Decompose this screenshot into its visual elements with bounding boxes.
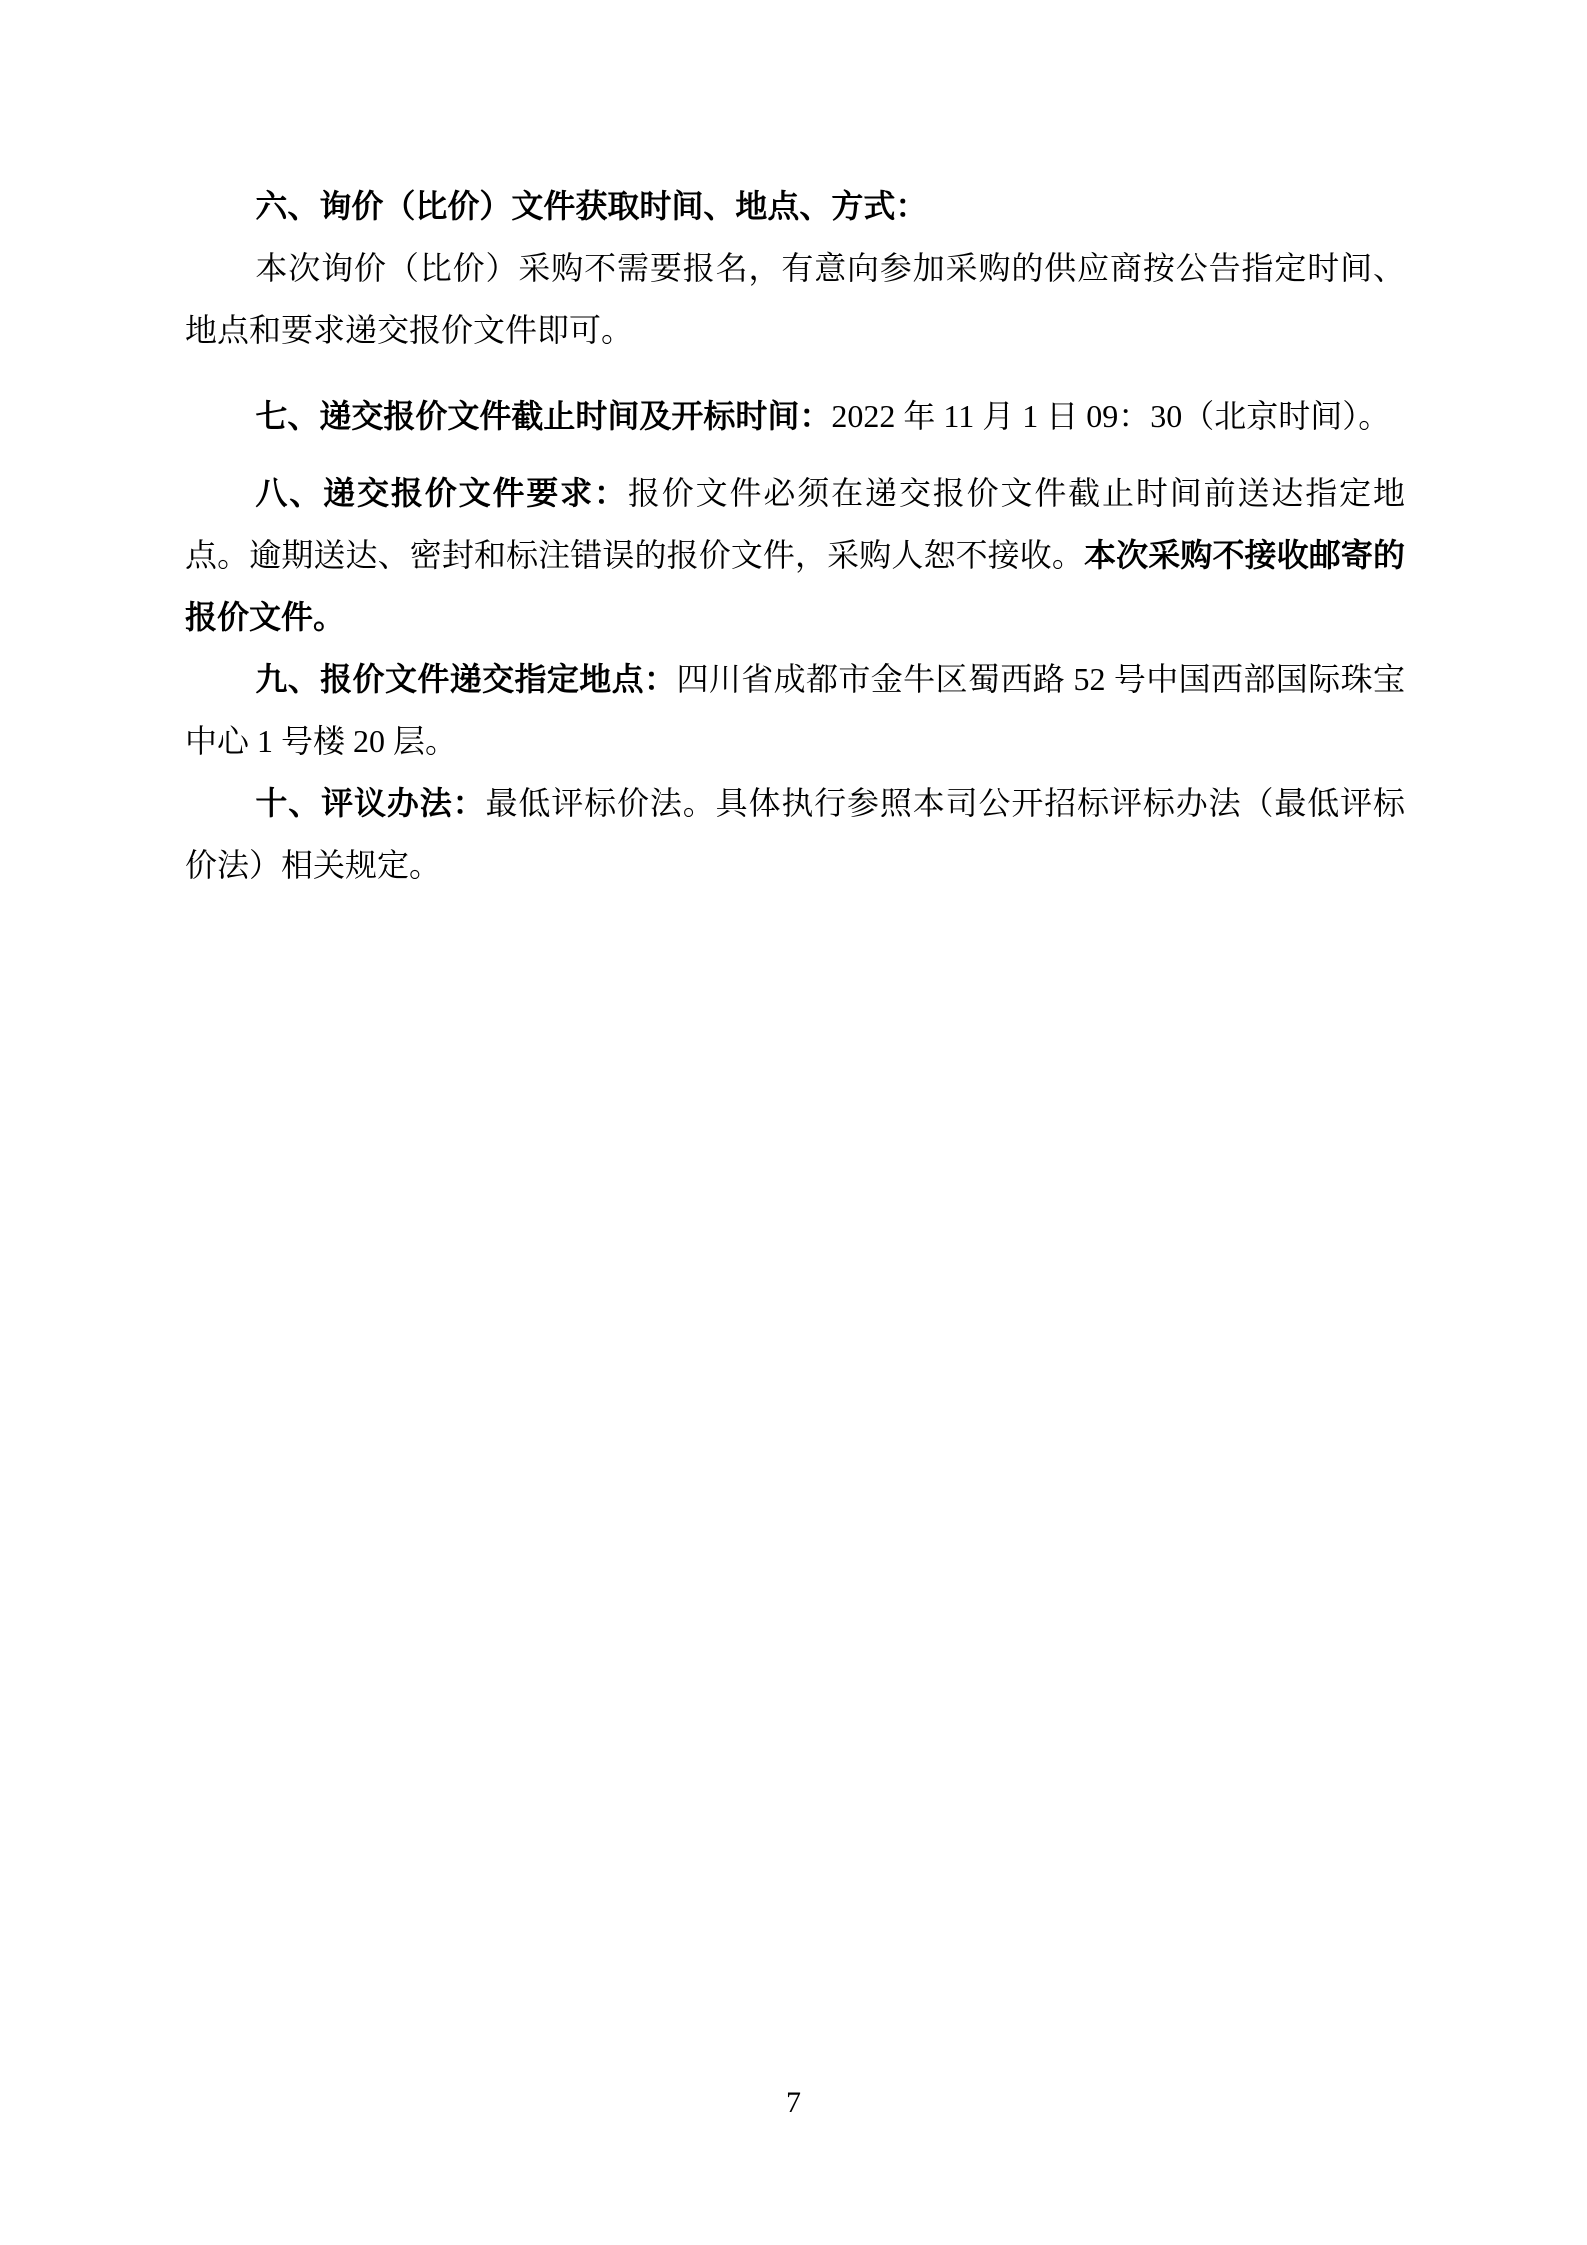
document-page: 六、询价（比价）文件获取时间、地点、方式： 本次询价（比价）采购不需要报名，有意…	[0, 0, 1587, 2245]
section-7-label: 七、递交报价文件截止时间及开标时间：	[255, 398, 831, 434]
page-footer: 7	[0, 2085, 1587, 2121]
section-6-heading-text: 六、询价（比价）文件获取时间、地点、方式：	[255, 188, 927, 224]
section-6-heading: 六、询价（比价）文件获取时间、地点、方式：	[185, 175, 1405, 237]
section-7: 七、递交报价文件截止时间及开标时间：2022 年 11 月 1 日 09：30（…	[185, 385, 1405, 447]
section-7-value: 2022 年 11 月 1 日 09：30（北京时间）。	[831, 398, 1390, 434]
section-6-body: 本次询价（比价）采购不需要报名，有意向参加采购的供应商按公告指定时间、地点和要求…	[185, 237, 1405, 361]
section-8: 八、递交报价文件要求：报价文件必须在递交报价文件截止时间前送达指定地点。逾期送达…	[185, 462, 1405, 648]
section-10: 十、评议办法：最低评标价法。具体执行参照本司公开招标评标办法（最低评标价法）相关…	[185, 772, 1405, 896]
document-content: 六、询价（比价）文件获取时间、地点、方式： 本次询价（比价）采购不需要报名，有意…	[185, 175, 1405, 896]
page-number: 7	[786, 2086, 801, 2119]
section-9: 九、报价文件递交指定地点：四川省成都市金牛区蜀西路 52 号中国西部国际珠宝中心…	[185, 648, 1405, 772]
section-9-label: 九、报价文件递交指定地点：	[255, 661, 676, 697]
section-8-label: 八、递交报价文件要求：	[255, 475, 628, 511]
section-6-body-text: 本次询价（比价）采购不需要报名，有意向参加采购的供应商按公告指定时间、地点和要求…	[185, 250, 1405, 348]
section-10-label: 十、评议办法：	[255, 785, 485, 821]
